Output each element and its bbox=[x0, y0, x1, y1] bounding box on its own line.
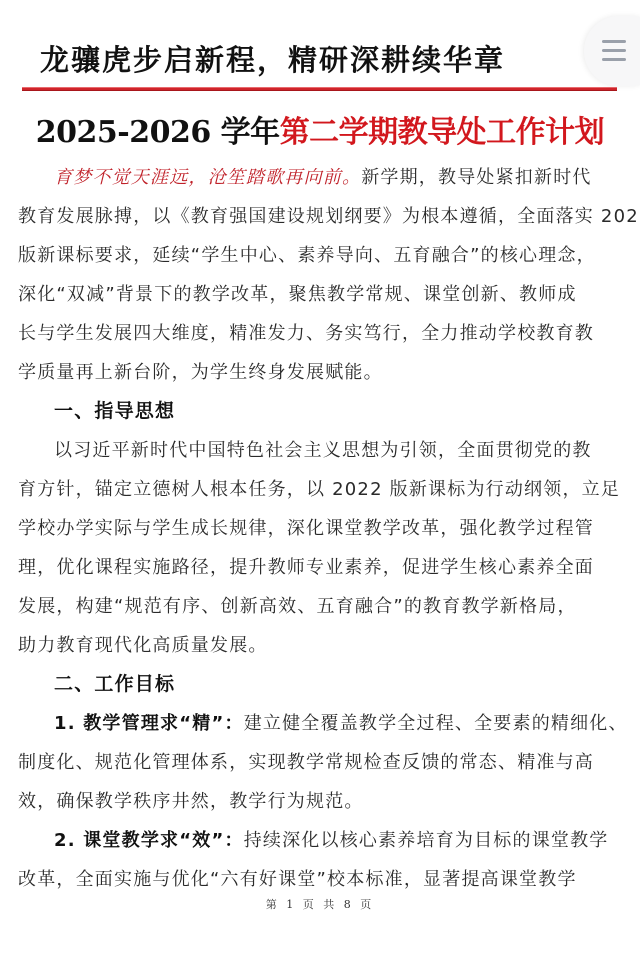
intro-line: 版新课标要求，延续“学生中心、素养导向、五育融合”的核心理念， bbox=[18, 236, 626, 275]
section-line: 助力教育现代化高质量发展。 bbox=[18, 626, 626, 665]
hamburger-menu-icon-bar bbox=[602, 49, 626, 52]
section-line: 学校办学实际与学生成长规律，深化课堂教学改革，强化教学过程管 bbox=[18, 509, 626, 548]
hamburger-menu-icon-bar bbox=[602, 58, 626, 61]
intro-line: 新学期，教导处紧扣新时代 bbox=[361, 167, 591, 188]
goal-item-1: 1. 教学管理求“精”：建立健全覆盖教学全过程、全要素的精细化、 bbox=[18, 704, 626, 743]
intro-line: 深化“双减”背景下的教学改革，聚焦教学常规、课堂创新、教师成 bbox=[18, 275, 626, 314]
hamburger-menu-icon bbox=[602, 40, 626, 43]
banner-slogan: 龙骧虎步启新程，精研深耕续华章 bbox=[40, 38, 600, 79]
intro-line: 学质量再上新台阶，为学生终身发展赋能。 bbox=[18, 353, 626, 392]
intro-lead-verse: 育梦不觉天涯远，沧笙踏歌再向前。 bbox=[54, 167, 361, 188]
document-title-year: 2025-2026 学年 bbox=[36, 115, 280, 150]
document-body: 育梦不觉天涯远，沧笙踏歌再向前。新学期，教导处紧扣新时代 教育发展脉搏，以《教育… bbox=[18, 158, 626, 899]
section-line: 以习近平新时代中国特色社会主义思想为引领，全面贯彻党的教 bbox=[18, 431, 626, 470]
goal-line: 改革，全面实施与优化“六有好课堂”校本标准，显著提高课堂教学 bbox=[18, 860, 626, 899]
goal-label: 1. 教学管理求“精”： bbox=[54, 713, 244, 734]
section-line: 理，优化课程实施路径，提升教师专业素养，促进学生核心素养全面 bbox=[18, 548, 626, 587]
section-heading-work-goals: 二、工作目标 bbox=[18, 665, 626, 704]
document-title-main: 第二学期教导处工作计划 bbox=[280, 115, 605, 150]
red-divider-line bbox=[22, 87, 617, 91]
goal-line: 建立健全覆盖教学全过程、全要素的精细化、 bbox=[244, 713, 628, 734]
intro-first-line: 育梦不觉天涯远，沧笙踏歌再向前。新学期，教导处紧扣新时代 bbox=[18, 158, 626, 197]
goal-line: 持续深化以核心素养培育为目标的课堂教学 bbox=[244, 830, 609, 851]
section-line: 发展，构建“规范有序、创新高效、五育融合”的教育教学新格局， bbox=[18, 587, 626, 626]
intro-line: 教育发展脉搏，以《教育强国建设规划纲要》为根本遵循，全面落实 2022 bbox=[18, 197, 626, 236]
goal-line: 制度化、规范化管理体系，实现教学常规检查反馈的常态、精准与高 bbox=[18, 743, 626, 782]
section-line: 育方针，锚定立德树人根本任务，以 2022 版新课标为行动纲领，立足 bbox=[18, 470, 626, 509]
intro-line: 长与学生发展四大维度，精准发力、务实笃行，全力推动学校教育教 bbox=[18, 314, 626, 353]
page-number-footer: 第 1 页 共 8 页 bbox=[0, 896, 640, 912]
document-title: 2025-2026 学年第二学期教导处工作计划 bbox=[0, 107, 640, 151]
goal-label: 2. 课堂教学求“效”： bbox=[54, 830, 244, 851]
goal-item-2: 2. 课堂教学求“效”：持续深化以核心素养培育为目标的课堂教学 bbox=[18, 821, 626, 860]
section-heading-guiding-ideology: 一、指导思想 bbox=[18, 392, 626, 431]
goal-line: 效，确保教学秩序井然，教学行为规范。 bbox=[18, 782, 626, 821]
